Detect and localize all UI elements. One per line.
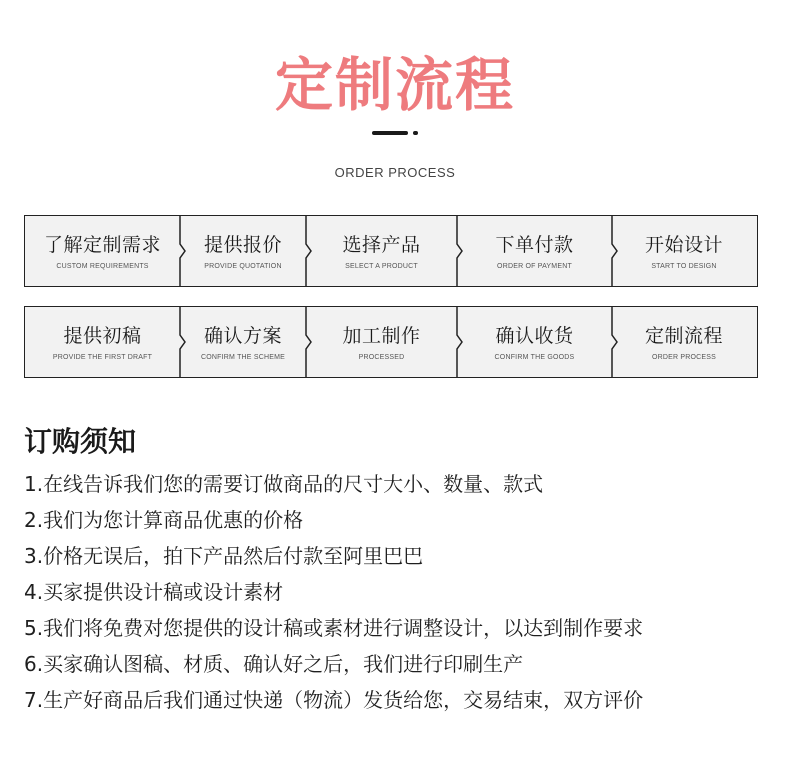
notice-item: 7.生产好商品后我们通过快递（物流）发货给您，交易结束，双方评价: [24, 682, 643, 718]
process-step: 选择产品 SELECT A PRODUCT: [306, 216, 457, 286]
title-decoration: [372, 131, 420, 135]
notice-item: 6.买家确认图稿、材质、确认好之后，我们进行印刷生产: [24, 646, 643, 682]
step-title: 定制流程: [645, 324, 723, 348]
process-step: 确认方案 CONFIRM THE SCHEME: [180, 307, 306, 377]
step-subtitle: PROVIDE QUOTATION: [204, 263, 281, 270]
notice-item: 2.我们为您计算商品优惠的价格: [24, 502, 643, 538]
page-subtitle: ORDER PROCESS: [0, 165, 790, 180]
notice-item: 5.我们将免费对您提供的设计稿或素材进行调整设计，以达到制作要求: [24, 610, 643, 646]
process-step: 下单付款 ORDER OF PAYMENT: [457, 216, 612, 286]
decoration-bar: [372, 131, 408, 135]
step-subtitle: CUSTOM REQUIREMENTS: [56, 263, 148, 270]
decoration-dot: [413, 131, 418, 135]
step-title: 确认收货: [495, 324, 573, 348]
process-row-1: 了解定制需求 CUSTOM REQUIREMENTS 提供报价 PROVIDE …: [24, 215, 758, 287]
notice-list: 1.在线告诉我们您的需要订做商品的尺寸大小、数量、款式 2.我们为您计算商品优惠…: [24, 466, 643, 718]
step-title: 确认方案: [204, 324, 282, 348]
step-subtitle: SELECT A PRODUCT: [345, 263, 418, 270]
process-step: 提供报价 PROVIDE QUOTATION: [180, 216, 306, 286]
process-step: 确认收货 CONFIRM THE GOODS: [457, 307, 612, 377]
step-title: 提供报价: [204, 233, 282, 257]
notice-item: 1.在线告诉我们您的需要订做商品的尺寸大小、数量、款式: [24, 466, 643, 502]
step-title: 了解定制需求: [44, 233, 161, 257]
step-subtitle: PROVIDE THE FIRST DRAFT: [53, 354, 152, 361]
process-step: 加工制作 PROCESSED: [306, 307, 457, 377]
step-subtitle: CONFIRM THE SCHEME: [201, 354, 285, 361]
step-subtitle: START TO DESIGN: [651, 263, 716, 270]
step-subtitle: PROCESSED: [359, 354, 405, 361]
page-title: 定制流程: [0, 50, 790, 120]
step-title: 开始设计: [645, 233, 723, 257]
step-title: 选择产品: [342, 233, 420, 257]
step-subtitle: ORDER PROCESS: [652, 354, 716, 361]
process-step: 开始设计 START TO DESIGN: [612, 216, 756, 286]
step-title: 加工制作: [342, 324, 420, 348]
process-step: 提供初稿 PROVIDE THE FIRST DRAFT: [25, 307, 180, 377]
step-title: 提供初稿: [63, 324, 141, 348]
notice-item: 4.买家提供设计稿或设计素材: [24, 574, 643, 610]
process-row-2: 提供初稿 PROVIDE THE FIRST DRAFT 确认方案 CONFIR…: [24, 306, 758, 378]
step-subtitle: CONFIRM THE GOODS: [495, 354, 575, 361]
notice-item: 3.价格无误后，拍下产品然后付款至阿里巴巴: [24, 538, 643, 574]
step-title: 下单付款: [495, 233, 573, 257]
step-subtitle: ORDER OF PAYMENT: [497, 263, 572, 270]
process-step: 定制流程 ORDER PROCESS: [612, 307, 756, 377]
process-step: 了解定制需求 CUSTOM REQUIREMENTS: [25, 216, 180, 286]
notice-title: 订购须知: [24, 420, 136, 460]
